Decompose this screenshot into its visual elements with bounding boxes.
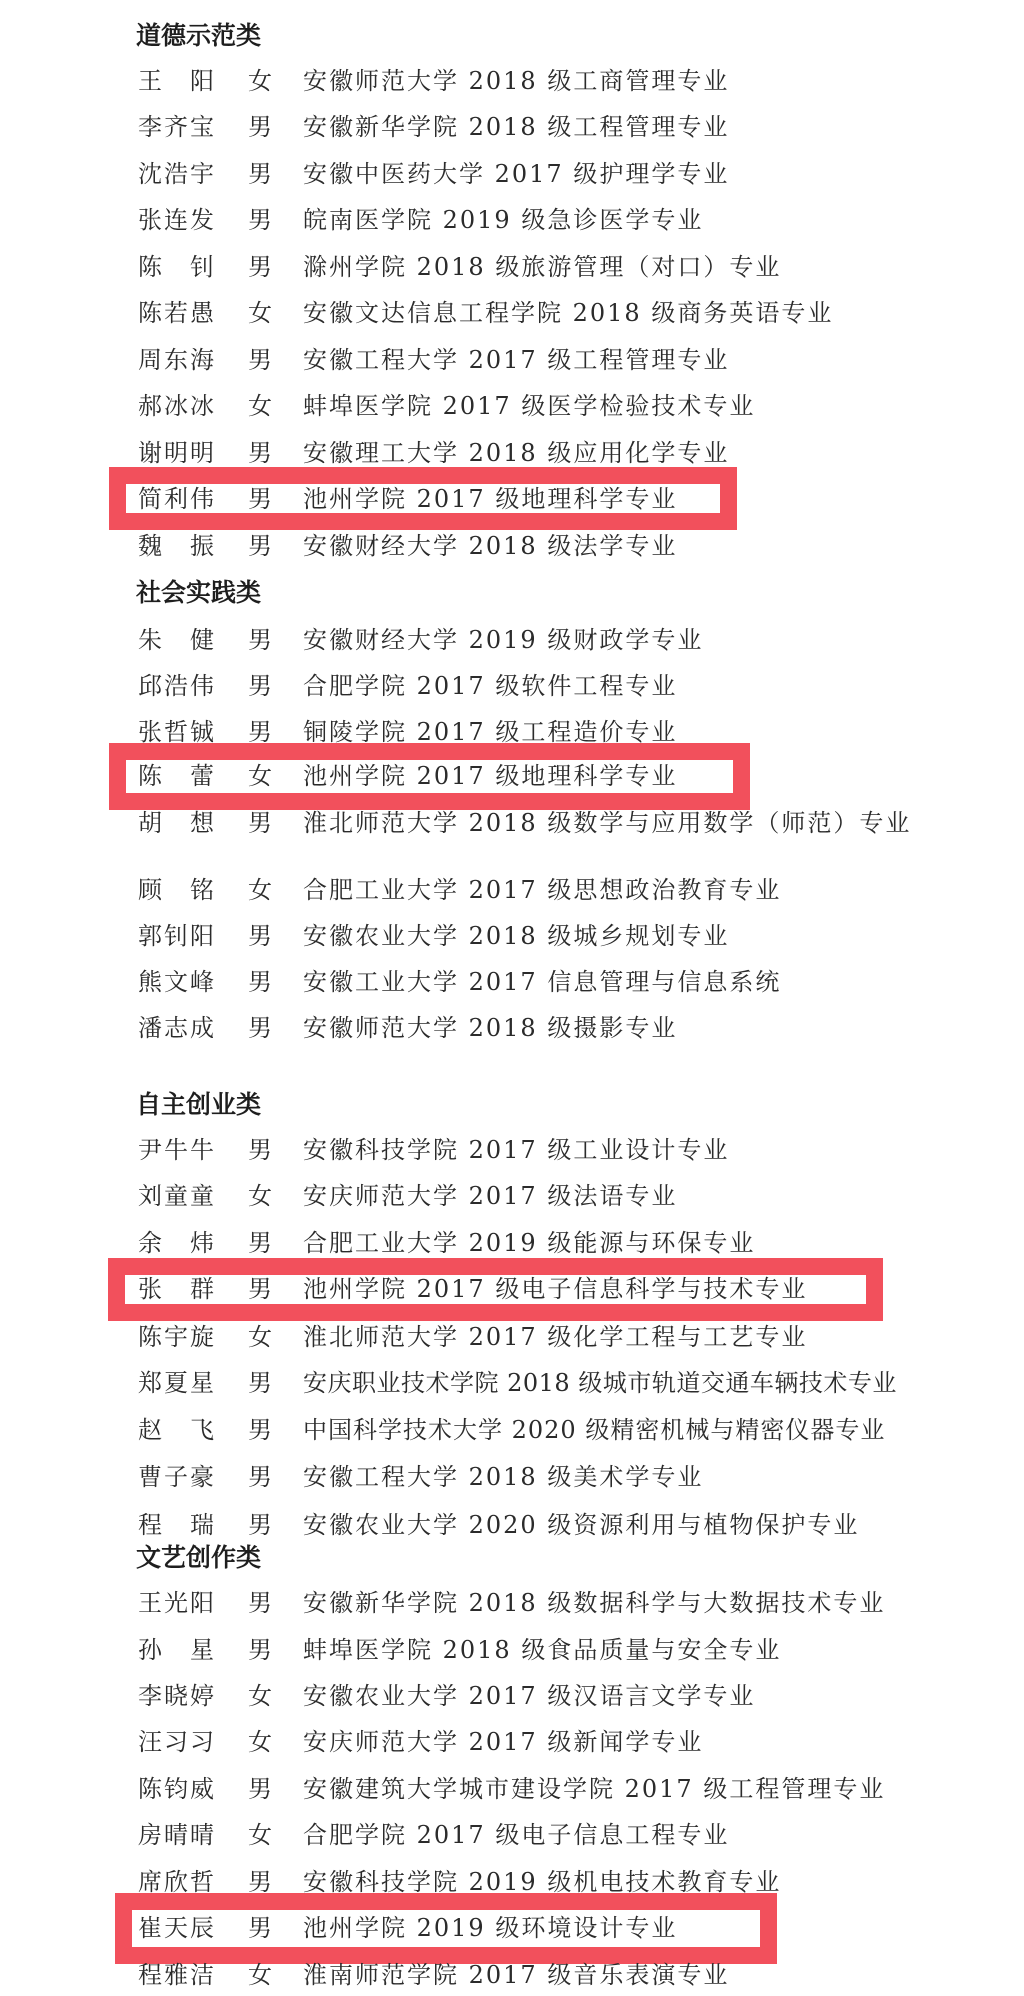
list-item: 沈浩宇男安徽中医药大学 2017 级护理学专业 (0, 159, 1024, 189)
person-name: 王光阳 (138, 1588, 238, 1618)
person-description: 淮北师范大学 2018 级数学与应用数学（师范）专业 (303, 808, 911, 838)
person-name: 陈钧威 (138, 1774, 238, 1804)
person-description: 滁州学院 2018 级旅游管理（对口）专业 (303, 252, 781, 282)
list-item: 张连发男皖南医学院 2019 级急诊医学专业 (0, 205, 1024, 235)
list-item: 赵 飞男中国科学技术大学 2020 级精密机械与精密仪器专业 (0, 1415, 1024, 1445)
list-item: 熊文峰男安徽工业大学 2017 信息管理与信息系统 (0, 967, 1024, 997)
list-item: 王光阳男安徽新华学院 2018 级数据科学与大数据技术专业 (0, 1588, 1024, 1618)
person-description: 安徽理工大学 2018 级应用化学专业 (303, 438, 729, 468)
person-description: 安庆职业技术学院 2018 级城市轨道交通车辆技术专业 (303, 1368, 897, 1398)
person-gender: 男 (248, 1588, 272, 1618)
person-gender: 女 (248, 391, 272, 421)
person-name: 朱 健 (138, 625, 238, 655)
list-item: 王 阳女安徽师范大学 2018 级工商管理专业 (0, 66, 1024, 96)
person-description: 安徽农业大学 2020 级资源利用与植物保护专业 (303, 1510, 859, 1540)
person-description: 安徽文达信息工程学院 2018 级商务英语专业 (303, 298, 833, 328)
list-item: 汪习习女安庆师范大学 2017 级新闻学专业 (0, 1727, 1024, 1757)
section-title: 道德示范类 (136, 21, 261, 51)
list-item-highlighted: 陈 蕾女池州学院 2017 级地理科学专业 (0, 761, 1024, 791)
list-item: 余 炜男合肥工业大学 2019 级能源与环保专业 (0, 1228, 1024, 1258)
person-gender: 男 (248, 112, 272, 142)
person-name: 熊文峰 (138, 967, 238, 997)
person-gender: 女 (248, 761, 272, 791)
person-description: 淮北师范大学 2017 级化学工程与工艺专业 (303, 1322, 807, 1352)
person-description: 安徽财经大学 2019 级财政学专业 (303, 625, 703, 655)
list-item: 席欣哲男安徽科技学院 2019 级机电技术教育专业 (0, 1867, 1024, 1897)
person-name: 程雅洁 (138, 1960, 238, 1990)
list-item: 陈 钊男滁州学院 2018 级旅游管理（对口）专业 (0, 252, 1024, 282)
person-gender: 男 (248, 1867, 272, 1897)
person-gender: 男 (248, 345, 272, 375)
person-description: 安徽工程大学 2017 级工程管理专业 (303, 345, 729, 375)
person-gender: 男 (248, 808, 272, 838)
person-name: 张连发 (138, 205, 238, 235)
person-name: 胡 想 (138, 808, 238, 838)
person-gender: 男 (248, 717, 272, 747)
list-item: 李晓婷女安徽农业大学 2017 级汉语言文学专业 (0, 1681, 1024, 1711)
person-description: 安徽师范大学 2018 级工商管理专业 (303, 66, 729, 96)
list-item: 尹牛牛男安徽科技学院 2017 级工业设计专业 (0, 1135, 1024, 1165)
person-gender: 女 (248, 1727, 272, 1757)
person-gender: 男 (248, 531, 272, 561)
list-item: 郝冰冰女蚌埠医学院 2017 级医学检验技术专业 (0, 391, 1024, 421)
person-gender: 女 (248, 1820, 272, 1850)
person-description: 合肥工业大学 2019 级能源与环保专业 (303, 1228, 755, 1258)
person-description: 安庆师范大学 2017 级新闻学专业 (303, 1727, 703, 1757)
person-name: 简利伟 (138, 484, 238, 514)
person-description: 安徽财经大学 2018 级法学专业 (303, 531, 677, 561)
list-item: 潘志成男安徽师范大学 2018 级摄影专业 (0, 1013, 1024, 1043)
list-item: 程雅洁女淮南师范学院 2017 级音乐表演专业 (0, 1960, 1024, 1990)
person-description: 安庆师范大学 2017 级法语专业 (303, 1181, 677, 1211)
person-description: 安徽师范大学 2018 级摄影专业 (303, 1013, 677, 1043)
person-description: 安徽工业大学 2017 信息管理与信息系统 (303, 967, 781, 997)
person-gender: 女 (248, 1181, 272, 1211)
person-name: 郝冰冰 (138, 391, 238, 421)
person-description: 中国科学技术大学 2020 级精密机械与精密仪器专业 (303, 1415, 885, 1445)
list-item: 张哲铖男铜陵学院 2017 级工程造价专业 (0, 717, 1024, 747)
person-description: 池州学院 2019 级环境设计专业 (303, 1913, 677, 1943)
person-gender: 女 (248, 298, 272, 328)
person-name: 房晴晴 (138, 1820, 238, 1850)
person-description: 安徽建筑大学城市建设学院 2017 级工程管理专业 (303, 1774, 885, 1804)
section-title: 文艺创作类 (136, 1543, 261, 1573)
person-description: 安徽工程大学 2018 级美术学专业 (303, 1462, 703, 1492)
person-description: 安徽科技学院 2019 级机电技术教育专业 (303, 1867, 781, 1897)
person-description: 池州学院 2017 级地理科学专业 (303, 484, 677, 514)
person-name: 曹子豪 (138, 1462, 238, 1492)
list-item: 邱浩伟男合肥学院 2017 级软件工程专业 (0, 671, 1024, 701)
list-item: 朱 健男安徽财经大学 2019 级财政学专业 (0, 625, 1024, 655)
list-item: 郭钊阳男安徽农业大学 2018 级城乡规划专业 (0, 921, 1024, 951)
person-description: 安徽新华学院 2018 级数据科学与大数据技术专业 (303, 1588, 885, 1618)
list-item: 曹子豪男安徽工程大学 2018 级美术学专业 (0, 1462, 1024, 1492)
person-name: 汪习习 (138, 1727, 238, 1757)
person-gender: 男 (248, 1462, 272, 1492)
person-name: 崔天辰 (138, 1913, 238, 1943)
person-name: 张哲铖 (138, 717, 238, 747)
person-name: 王 阳 (138, 66, 238, 96)
person-description: 蚌埠医学院 2018 级食品质量与安全专业 (303, 1635, 781, 1665)
list-item-highlighted: 崔天辰男池州学院 2019 级环境设计专业 (0, 1913, 1024, 1943)
person-name: 李齐宝 (138, 112, 238, 142)
list-item: 房晴晴女合肥学院 2017 级电子信息工程专业 (0, 1820, 1024, 1850)
person-gender: 男 (248, 438, 272, 468)
person-description: 安徽中医药大学 2017 级护理学专业 (303, 159, 729, 189)
person-gender: 男 (248, 1913, 272, 1943)
person-gender: 男 (248, 1274, 272, 1304)
person-gender: 男 (248, 1368, 272, 1398)
person-description: 铜陵学院 2017 级工程造价专业 (303, 717, 677, 747)
person-name: 尹牛牛 (138, 1135, 238, 1165)
person-gender: 男 (248, 205, 272, 235)
person-name: 席欣哲 (138, 1867, 238, 1897)
person-name: 孙 星 (138, 1635, 238, 1665)
person-description: 安徽农业大学 2017 级汉语言文学专业 (303, 1681, 755, 1711)
list-item: 胡 想男淮北师范大学 2018 级数学与应用数学（师范）专业 (0, 808, 1024, 838)
person-description: 合肥工业大学 2017 级思想政治教育专业 (303, 875, 781, 905)
list-item: 刘童童女安庆师范大学 2017 级法语专业 (0, 1181, 1024, 1211)
person-gender: 男 (248, 625, 272, 655)
person-name: 陈宇旋 (138, 1322, 238, 1352)
person-gender: 男 (248, 921, 272, 951)
person-name: 潘志成 (138, 1013, 238, 1043)
list-item: 李齐宝男安徽新华学院 2018 级工程管理专业 (0, 112, 1024, 142)
person-name: 魏 振 (138, 531, 238, 561)
person-name: 谢明明 (138, 438, 238, 468)
person-gender: 男 (248, 1510, 272, 1540)
person-description: 合肥学院 2017 级电子信息工程专业 (303, 1820, 729, 1850)
person-gender: 男 (248, 159, 272, 189)
list-item-highlighted: 简利伟男池州学院 2017 级地理科学专业 (0, 484, 1024, 514)
list-item: 程 瑞男安徽农业大学 2020 级资源利用与植物保护专业 (0, 1510, 1024, 1540)
person-description: 池州学院 2017 级地理科学专业 (303, 761, 677, 791)
list-item: 魏 振男安徽财经大学 2018 级法学专业 (0, 531, 1024, 561)
person-description: 池州学院 2017 级电子信息科学与技术专业 (303, 1274, 807, 1304)
list-item: 陈宇旋女淮北师范大学 2017 级化学工程与工艺专业 (0, 1322, 1024, 1352)
person-name: 沈浩宇 (138, 159, 238, 189)
person-gender: 男 (248, 671, 272, 701)
list-item-highlighted: 张 群男池州学院 2017 级电子信息科学与技术专业 (0, 1274, 1024, 1304)
list-item: 顾 铭女合肥工业大学 2017 级思想政治教育专业 (0, 875, 1024, 905)
list-item: 周东海男安徽工程大学 2017 级工程管理专业 (0, 345, 1024, 375)
list-item: 陈钧威男安徽建筑大学城市建设学院 2017 级工程管理专业 (0, 1774, 1024, 1804)
person-name: 陈 钊 (138, 252, 238, 282)
person-gender: 女 (248, 66, 272, 96)
section-title: 自主创业类 (136, 1090, 261, 1120)
person-gender: 女 (248, 1960, 272, 1990)
list-item: 谢明明男安徽理工大学 2018 级应用化学专业 (0, 438, 1024, 468)
person-gender: 男 (248, 967, 272, 997)
person-description: 蚌埠医学院 2017 级医学检验技术专业 (303, 391, 755, 421)
person-description: 安徽科技学院 2017 级工业设计专业 (303, 1135, 729, 1165)
person-name: 顾 铭 (138, 875, 238, 905)
person-gender: 男 (248, 1415, 272, 1445)
person-gender: 男 (248, 484, 272, 514)
person-name: 邱浩伟 (138, 671, 238, 701)
person-name: 周东海 (138, 345, 238, 375)
person-gender: 男 (248, 1013, 272, 1043)
list-item: 郑夏星男安庆职业技术学院 2018 级城市轨道交通车辆技术专业 (0, 1368, 1024, 1398)
person-description: 安徽农业大学 2018 级城乡规划专业 (303, 921, 729, 951)
person-gender: 男 (248, 1228, 272, 1258)
person-gender: 女 (248, 1322, 272, 1352)
person-name: 郭钊阳 (138, 921, 238, 951)
person-description: 安徽新华学院 2018 级工程管理专业 (303, 112, 729, 142)
person-name: 李晓婷 (138, 1681, 238, 1711)
person-gender: 男 (248, 252, 272, 282)
person-name: 程 瑞 (138, 1510, 238, 1540)
person-name: 赵 飞 (138, 1415, 238, 1445)
person-name: 余 炜 (138, 1228, 238, 1258)
person-gender: 男 (248, 1635, 272, 1665)
person-name: 刘童童 (138, 1181, 238, 1211)
list-item: 孙 星男蚌埠医学院 2018 级食品质量与安全专业 (0, 1635, 1024, 1665)
person-gender: 男 (248, 1135, 272, 1165)
person-name: 陈 蕾 (138, 761, 238, 791)
person-gender: 女 (248, 1681, 272, 1711)
person-gender: 女 (248, 875, 272, 905)
list-item: 陈若愚女安徽文达信息工程学院 2018 级商务英语专业 (0, 298, 1024, 328)
person-description: 皖南医学院 2019 级急诊医学专业 (303, 205, 703, 235)
person-gender: 男 (248, 1774, 272, 1804)
section-title: 社会实践类 (136, 578, 261, 608)
person-name: 陈若愚 (138, 298, 238, 328)
person-name: 张 群 (138, 1274, 238, 1304)
person-description: 合肥学院 2017 级软件工程专业 (303, 671, 677, 701)
person-description: 淮南师范学院 2017 级音乐表演专业 (303, 1960, 729, 1990)
person-name: 郑夏星 (138, 1368, 238, 1398)
